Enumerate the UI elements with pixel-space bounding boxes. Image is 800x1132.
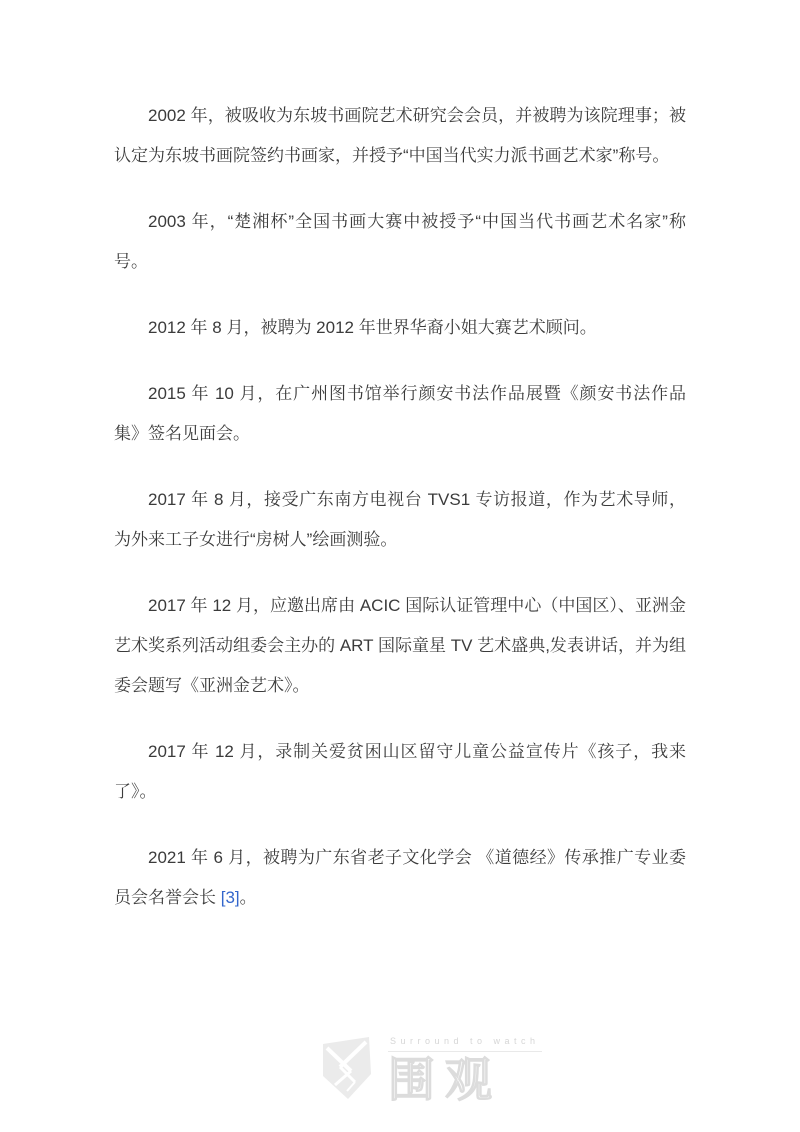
paragraph-2017-08: 2017 年 8 月，接受广东南方电视台 TVS1 专访报道，作为艺术导师，为外… [114, 480, 686, 560]
paragraph-text: 2012 年 8 月，被聘为 2012 年世界华裔小姐大赛艺术顾问。 [148, 318, 597, 337]
paragraph-2003: 2003 年，“楚湘杯”全国书画大赛中被授予“中国当代书画艺术名家”称号。 [114, 202, 686, 282]
watermark-text-block: Surround to watch 围观 [388, 1036, 542, 1104]
watermark-shield-icon [322, 1036, 372, 1100]
watermark-logo-text: 围观 [388, 1055, 542, 1104]
paragraph-text: 2017 年 12 月，应邀出席由 ACIC 国际认证管理中心（中国区）、亚洲金… [114, 596, 686, 695]
paragraph-2012-08: 2012 年 8 月，被聘为 2012 年世界华裔小姐大赛艺术顾问。 [114, 308, 686, 348]
document-body: 2002 年，被吸收为东坡书画院艺术研究会会员，并被聘为该院理事；被认定为东坡书… [114, 96, 686, 918]
paragraph-2021-06: 2021 年 6 月，被聘为广东省老子文化学会 《道德经》传承推广专业委员会名誉… [114, 838, 686, 918]
paragraph-2002: 2002 年，被吸收为东坡书画院艺术研究会会员，并被聘为该院理事；被认定为东坡书… [114, 96, 686, 176]
paragraph-text: 。 [240, 888, 257, 907]
paragraph-text: 2017 年 8 月，接受广东南方电视台 TVS1 专访报道，作为艺术导师，为外… [114, 490, 686, 549]
paragraph-2015-10: 2015 年 10 月，在广州图书馆举行颜安书法作品展暨《颜安书法作品集》签名见… [114, 374, 686, 454]
paragraph-2017-12-psa: 2017 年 12 月，录制关爱贫困山区留守儿童公益宣传片《孩子，我来了》。 [114, 732, 686, 812]
paragraph-text: 2015 年 10 月，在广州图书馆举行颜安书法作品展暨《颜安书法作品集》签名见… [114, 384, 686, 443]
citation-link[interactable]: [3] [221, 888, 240, 907]
paragraph-2017-12-acic: 2017 年 12 月，应邀出席由 ACIC 国际认证管理中心（中国区）、亚洲金… [114, 586, 686, 706]
paragraph-text: 2002 年，被吸收为东坡书画院艺术研究会会员，并被聘为该院理事；被认定为东坡书… [114, 106, 686, 165]
paragraph-text: 2017 年 12 月，录制关爱贫困山区留守儿童公益宣传片《孩子，我来了》。 [114, 742, 686, 801]
paragraph-text: 2003 年，“楚湘杯”全国书画大赛中被授予“中国当代书画艺术名家”称号。 [114, 212, 686, 271]
watermark-tagline: Surround to watch [388, 1036, 542, 1052]
paragraph-text: 2021 年 6 月，被聘为广东省老子文化学会 《道德经》传承推广专业委员会名誉… [114, 848, 686, 907]
watermark: Surround to watch 围观 [322, 1036, 542, 1104]
